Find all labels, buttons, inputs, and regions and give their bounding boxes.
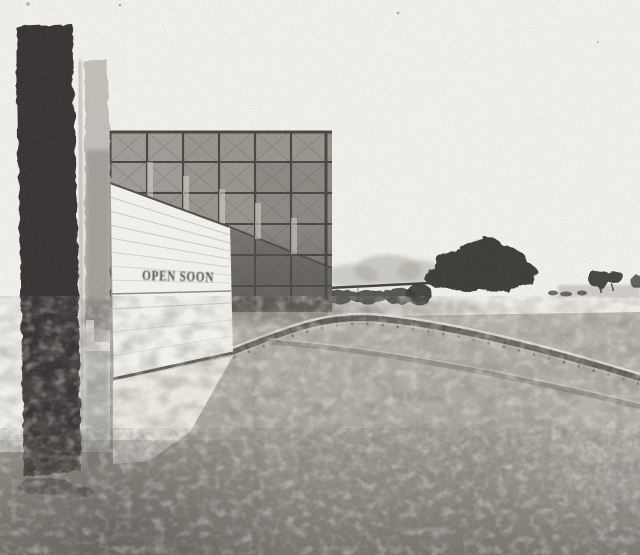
photo-canvas: OPEN SOON (0, 0, 640, 555)
newspaper-photo: OPEN SOON (0, 0, 640, 555)
film-grain-screen (0, 0, 640, 555)
